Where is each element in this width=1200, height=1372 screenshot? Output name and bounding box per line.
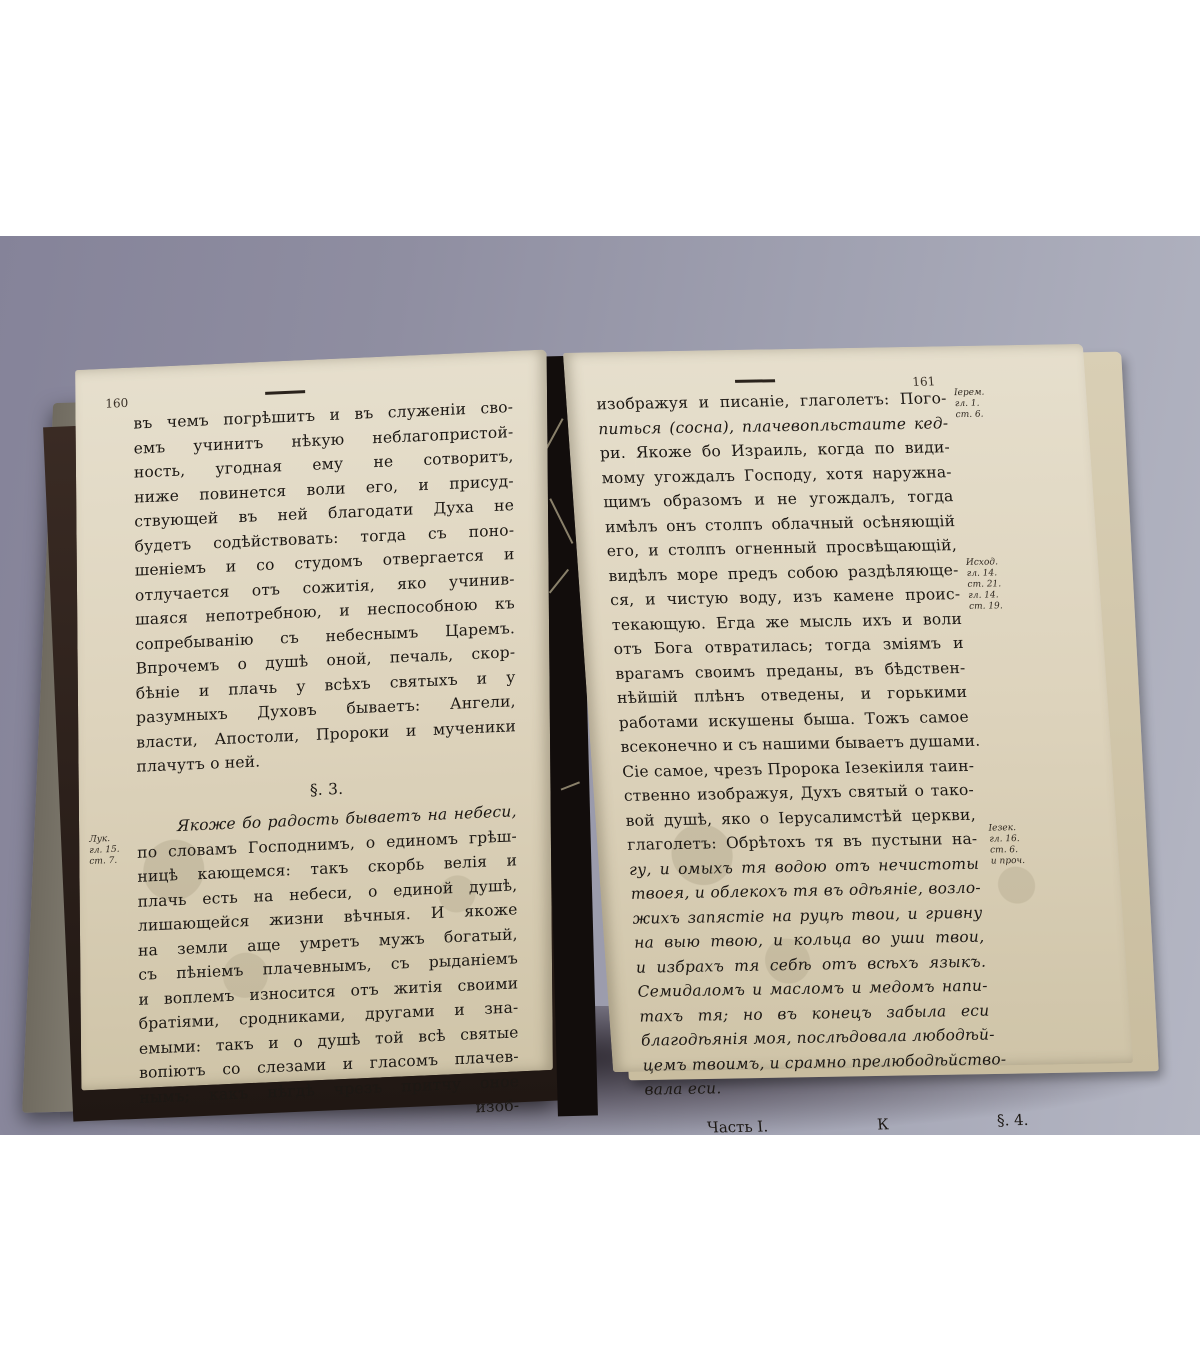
margin-note-line: ст. 6. bbox=[955, 410, 986, 422]
margin-note: Исход. гл. 14. ст. 21. гл. 14. ст. 19. bbox=[966, 557, 1003, 613]
margin-note-line: гл. 14. bbox=[968, 590, 1002, 602]
margin-note-line: Iерем. bbox=[954, 388, 985, 400]
margin-note: Iезек. гл. 16. ст. 6. и проч. bbox=[988, 823, 1025, 868]
margin-note-line: ст. 6. bbox=[990, 845, 1025, 857]
right-page: 161 изображуя и писаніе, глаголетъ: Пого… bbox=[563, 344, 1133, 1072]
margin-note-line: Iезек. bbox=[988, 823, 1023, 835]
margin-note-line: Исход. bbox=[966, 557, 1000, 569]
header-rule bbox=[735, 379, 775, 383]
margin-note-line: гл. 16. bbox=[989, 834, 1024, 846]
page-number: 160 bbox=[105, 396, 128, 411]
binding-thread bbox=[549, 569, 569, 594]
left-page-text: въ чемъ погрѣшитъ и въ служеніи сво- емъ… bbox=[133, 395, 519, 1134]
header-rule bbox=[265, 390, 305, 395]
margin-note: Iерем. гл. 1. ст. 6. bbox=[954, 388, 987, 421]
margin-note-line: ст. 7. bbox=[89, 856, 119, 868]
volume-label: Часть I. bbox=[707, 1117, 768, 1118]
binding-thread bbox=[561, 781, 580, 790]
margin-note-line: и проч. bbox=[991, 856, 1026, 868]
margin-note-line: гл. 14. bbox=[966, 568, 1000, 580]
margin-note: Лук. гл. 15. ст. 7. bbox=[89, 834, 120, 868]
catchword: §. 4. bbox=[996, 1111, 1027, 1112]
photo-background: 160 въ чемъ погрѣшитъ и въ служеніи сво-… bbox=[0, 236, 1200, 1135]
margin-note-line: ст. 21. bbox=[967, 579, 1001, 591]
margin-note-line: гл. 1. bbox=[955, 399, 986, 411]
binding-thread bbox=[549, 498, 573, 544]
left-page: 160 въ чемъ погрѣшитъ и въ служеніи сво-… bbox=[75, 350, 553, 1091]
margin-note-line: ст. 19. bbox=[969, 601, 1003, 613]
right-page-text: изображуя и писаніе, глаголетъ: Пого- пи… bbox=[596, 386, 996, 1102]
